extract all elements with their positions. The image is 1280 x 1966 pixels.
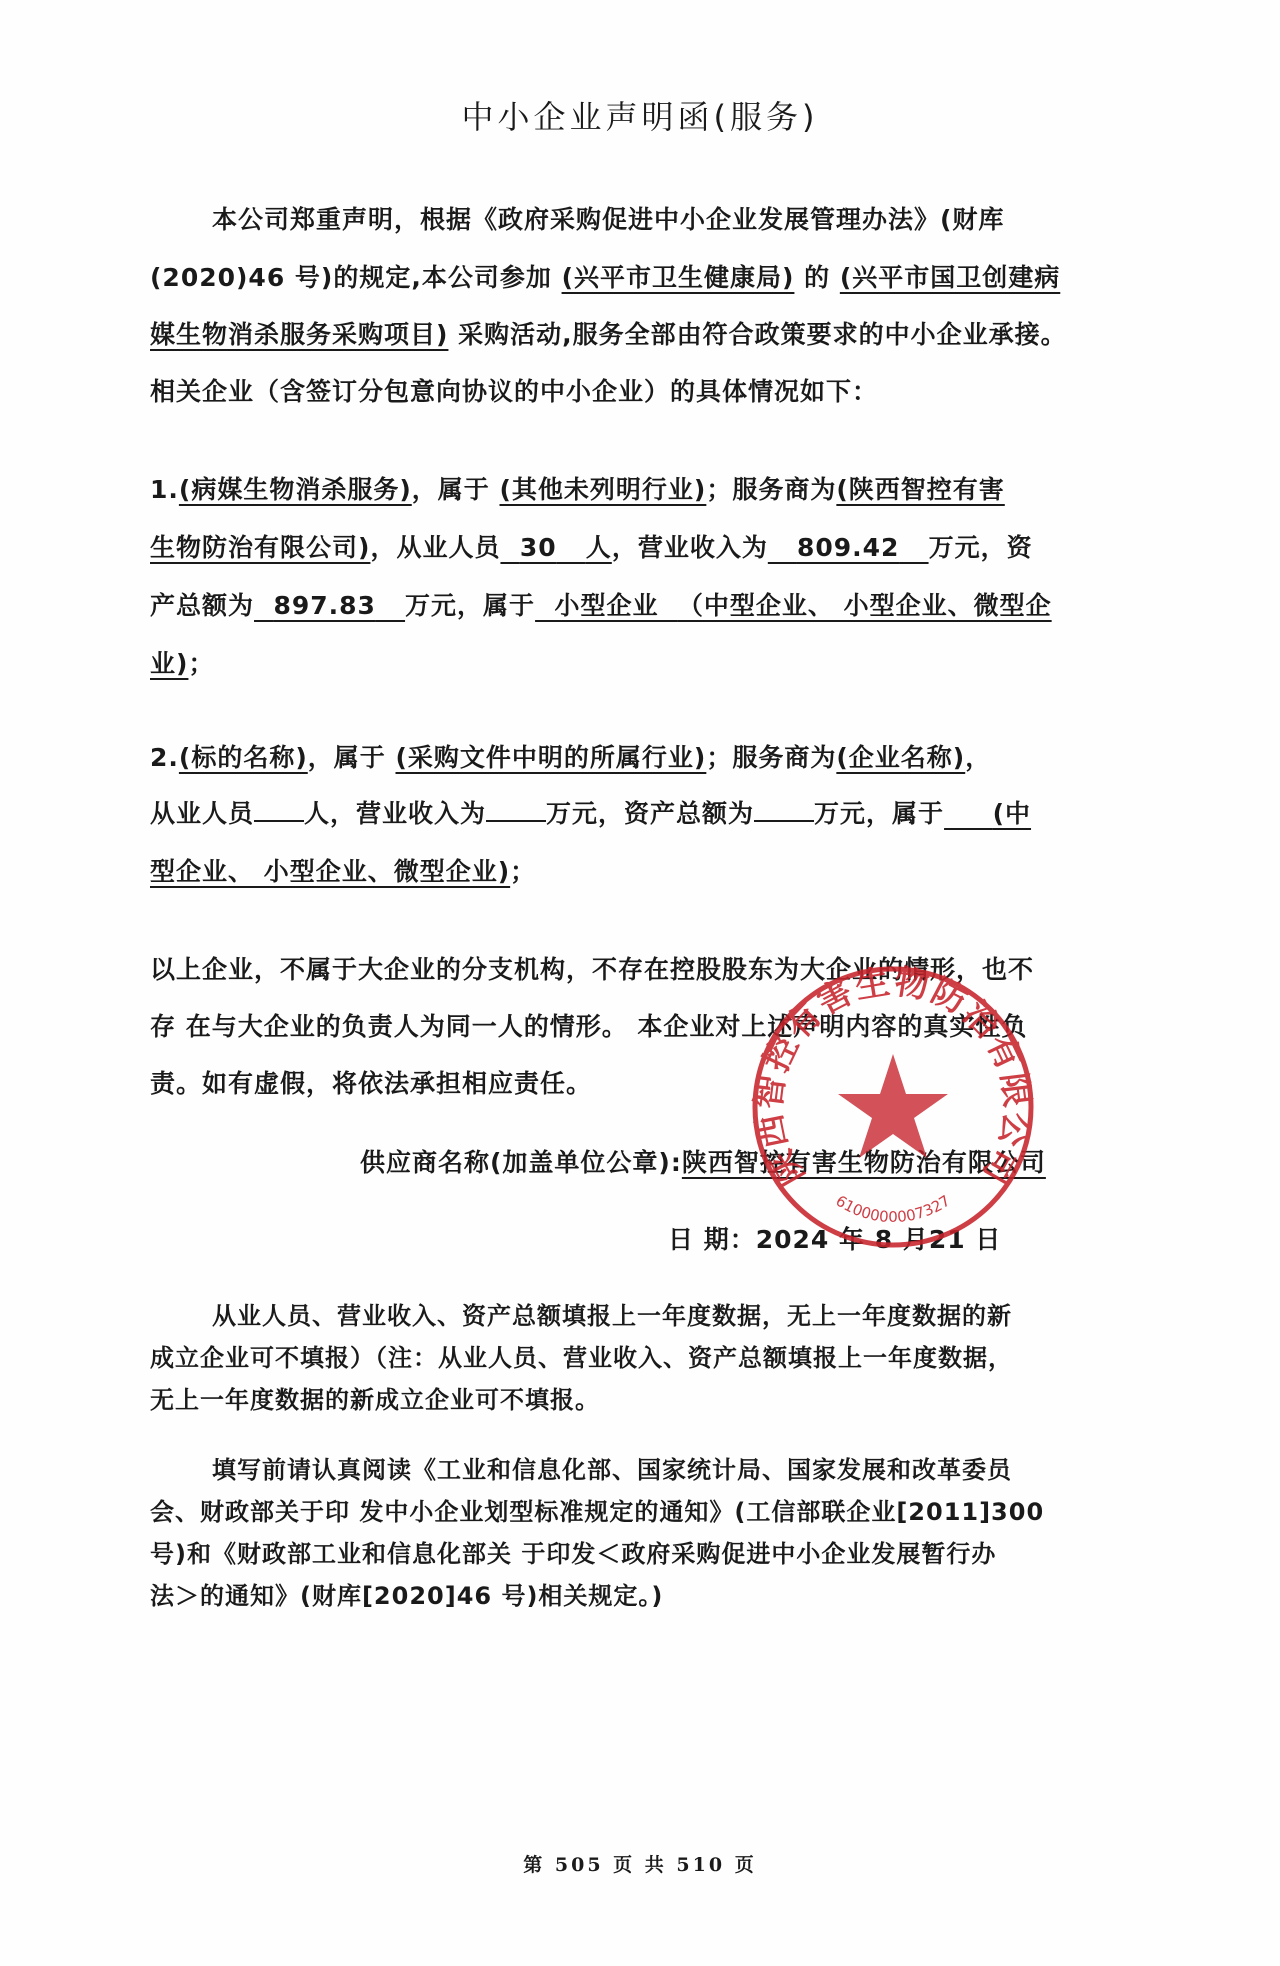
- date-line: 日 期：2024 年 8 月21 日: [668, 1220, 1068, 1256]
- note2-line-4: 法＞的通知》(财库[2020]46 号)相关规定。): [150, 1576, 1130, 1611]
- item1-revenue-unit: 万元，资: [929, 533, 1033, 562]
- intro-line-3: 媒生物消杀服务采购项目) 采购活动,服务全部由符合政策要求的中小企业承接。: [150, 315, 1130, 351]
- item2-comma: ，: [965, 743, 991, 772]
- item1-line-2: 生物防治有限公司)，从业人员 30 人，营业收入为 809.42 万元，资: [150, 528, 1130, 564]
- item1-employees-label: ，从业人员: [370, 533, 500, 562]
- item1-employees-value: 30 人: [500, 533, 611, 562]
- statement-line-2: 存 在与大企业的负责人为同一人的情形。 本企业对上述声明内容的真实性负: [150, 1007, 1130, 1043]
- item1-line-4: 业)；: [150, 644, 1130, 680]
- item2-belongs-label: ，属于: [308, 743, 396, 772]
- item2-provider: (企业名称): [836, 743, 965, 772]
- item2-employees-label: 从业人员: [150, 799, 254, 828]
- supplier-signature-line: 供应商名称(加盖单位公章):陕西智控有害生物防治有限公司: [360, 1143, 1120, 1179]
- date-label: 日 期：: [668, 1225, 756, 1254]
- document-page: 中小企业声明函(服务) 本公司郑重声明，根据《政府采购促进中小企业发展管理办法》…: [0, 0, 1280, 1966]
- note2-line-1: 填写前请认真阅读《工业和信息化部、国家统计局、国家发展和改革委员: [212, 1450, 1192, 1485]
- item2-end: ；: [510, 857, 536, 886]
- item1-category: 小型企业 （中型企业、 小型企业、微型企: [535, 591, 1052, 620]
- item2-category-part2: 型企业、 小型企业、微型企业): [150, 857, 510, 886]
- item2-employees-blank[interactable]: [254, 798, 304, 822]
- item1-assets-label: 产总额为: [150, 591, 254, 620]
- item1-revenue-value: 809.42: [768, 533, 929, 562]
- item1-category-options: （中型企业、 小型企业、微型企: [678, 591, 1052, 620]
- item1-belongs-label: ，属于: [412, 475, 500, 504]
- item1-line-1: 1.(病媒生物消杀服务)，属于 (其他未列明行业)；服务商为(陕西智控有害: [150, 470, 1130, 506]
- item2-category-part1-text: (中: [993, 799, 1031, 828]
- item1-provider-part1: (陕西智控有害: [836, 475, 1004, 504]
- item2-category-part1: (中: [944, 799, 1031, 828]
- intro-line-4: 相关企业（含签订分包意向协议的中小企业）的具体情况如下：: [150, 372, 1130, 408]
- project-name-part2: 媒生物消杀服务采购项目): [150, 320, 448, 349]
- date-day: 21: [929, 1225, 966, 1254]
- supplier-name: 陕西智控有害生物防治有限公司: [682, 1148, 1046, 1177]
- item1-category-value: 小型企业: [554, 591, 658, 620]
- date-month-char: 月: [903, 1225, 929, 1254]
- item2-line-3: 型企业、 小型企业、微型企业)；: [150, 852, 1130, 888]
- date-day-char: 日: [975, 1225, 1001, 1254]
- item1-category-options-end: 业): [150, 649, 188, 678]
- intro-prefix: (2020)46 号)的规定,本公司参加: [150, 263, 562, 292]
- item2-assets-blank[interactable]: [754, 798, 814, 822]
- statement-line-1: 以上企业，不属于大企业的分支机构，不存在控股股东为大企业的情形，也不: [150, 950, 1130, 986]
- note1-line-2: 成立企业可不填报）（注：从业人员、营业收入、资产总额填报上一年度数据，: [150, 1338, 1130, 1373]
- item2-number: 2.: [150, 743, 179, 772]
- item1-revenue-label: ，营业收入为: [612, 533, 768, 562]
- supplier-label: 供应商名称(加盖单位公章):: [360, 1148, 682, 1177]
- item2-provider-label: ；服务商为: [706, 743, 836, 772]
- statement-line-3: 责。如有虚假，将依法承担相应责任。: [150, 1064, 1130, 1100]
- item1-employees-number: 30: [520, 533, 557, 562]
- item2-employees-unit: 人，营业收入为: [304, 799, 486, 828]
- item1-assets-number: 897.83: [273, 591, 375, 620]
- note1-line-1: 从业人员、营业收入、资产总额填报上一年度数据，无上一年度数据的新: [212, 1296, 1192, 1331]
- item2-revenue-blank[interactable]: [486, 798, 546, 822]
- item2-revenue-unit: 万元，资产总额为: [546, 799, 754, 828]
- intro-mid: 的: [794, 263, 839, 292]
- item1-assets-value: 897.83: [254, 591, 405, 620]
- intro-line-1: 本公司郑重声明，根据《政府采购促进中小企业发展管理办法》(财库: [212, 200, 1192, 236]
- note2-line-3: 号)和《财政部工业和信息化部关 于印发＜政府采购促进中小企业发展暂行办: [150, 1534, 1130, 1569]
- item1-line-3: 产总额为 897.83 万元，属于 小型企业 （中型企业、 小型企业、微型企: [150, 586, 1130, 622]
- item2-subject: (标的名称): [179, 743, 308, 772]
- item2-assets-unit: 万元，属于: [814, 799, 944, 828]
- item1-revenue-number: 809.42: [797, 533, 899, 562]
- page-number-footer: 第 505 页 共 510 页: [0, 1850, 1280, 1877]
- item1-subject: (病媒生物消杀服务): [179, 475, 412, 504]
- date-year: 2024: [756, 1225, 830, 1254]
- intro-suffix: 采购活动,服务全部由符合政策要求的中小企业承接。: [448, 320, 1066, 349]
- item1-industry: (其他未列明行业): [499, 475, 706, 504]
- item1-number: 1.: [150, 475, 179, 504]
- item1-assets-unit: 万元，属于: [405, 591, 535, 620]
- item1-employees-unit: 人: [586, 533, 612, 562]
- item2-line-1: 2.(标的名称)，属于 (采购文件中明的所属行业)；服务商为(企业名称)，: [150, 738, 1130, 774]
- project-name-part1: (兴平市国卫创建病: [840, 263, 1060, 292]
- date-year-char: 年: [839, 1225, 865, 1254]
- intro-line-2: (2020)46 号)的规定,本公司参加 (兴平市卫生健康局) 的 (兴平市国卫…: [150, 258, 1130, 294]
- note2-line-2: 会、财政部关于印 发中小企业划型标准规定的通知》(工信部联企业[2011]300: [150, 1492, 1130, 1527]
- page-title: 中小企业声明函(服务): [0, 92, 1280, 138]
- company-seal-stamp: 陕西智控有害生物防治有限公司 6100000007327: [748, 962, 1038, 1252]
- note1-line-3: 无上一年度数据的新成立企业可不填报。: [150, 1380, 1130, 1415]
- purchaser-name: (兴平市卫生健康局): [562, 263, 795, 292]
- date-month: 8: [875, 1225, 893, 1254]
- item2-industry: (采购文件中明的所属行业): [395, 743, 706, 772]
- item1-provider-part2: 生物防治有限公司): [150, 533, 370, 562]
- item1-end: ；: [188, 649, 214, 678]
- item2-line-2: 从业人员人，营业收入为万元，资产总额为万元，属于 (中: [150, 794, 1130, 830]
- item1-provider-label: ；服务商为: [706, 475, 836, 504]
